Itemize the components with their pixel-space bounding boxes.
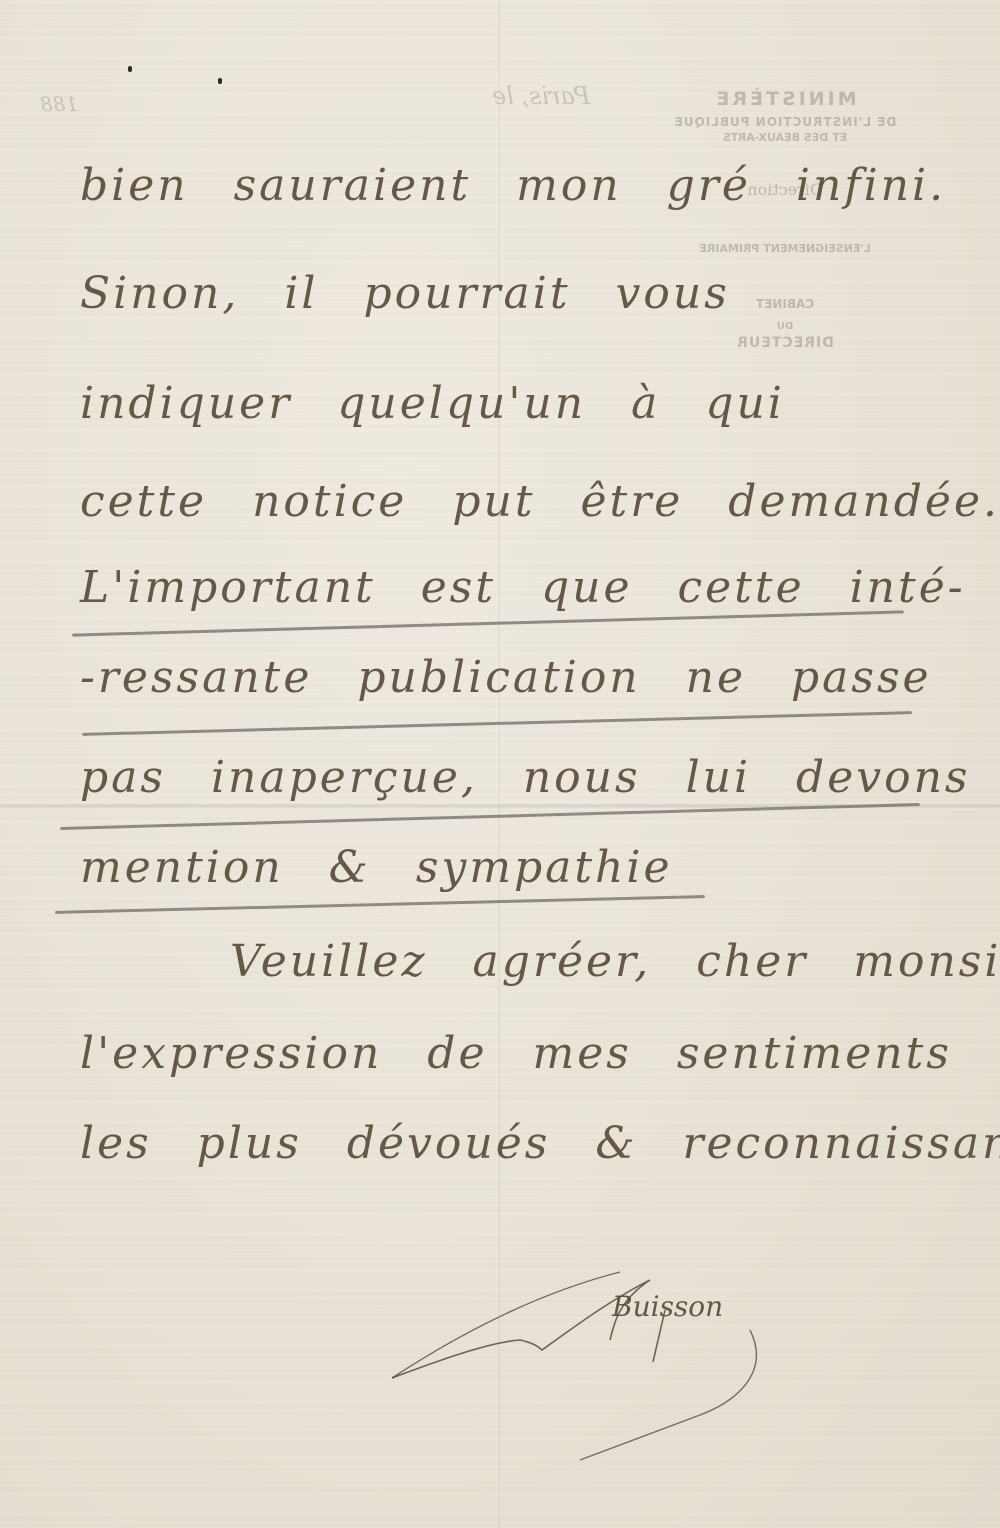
letterhead-department: DE L'INSTRUCTION PUBLIQUE [620, 115, 950, 129]
letterhead-subdepartment: ET DES BEAUX-ARTS [620, 131, 950, 144]
letter-line-underlined: L'important est que cette inté- [80, 562, 940, 613]
letter-line-closing: l'expression de mes sentiments [80, 1028, 940, 1079]
letter-line-underlined: -ressante publication ne passe [80, 652, 940, 703]
letter-line-closing: les plus dévoués & reconnaissants [80, 1118, 940, 1169]
letterhead-enseignement: L'ENSEIGNEMENT PRIMAIRE [620, 242, 950, 255]
dateline-place: Paris, le [492, 82, 590, 110]
letter-line-underlined: pas inaperçue, nous lui devons [80, 752, 940, 803]
letterhead-du: DU [620, 321, 950, 333]
letter-line-closing: Veuillez agréer, cher monsieur, [230, 936, 940, 987]
letterhead-ministry: MINISTÈRE [620, 88, 950, 111]
letter-line: Sinon, il pourrait vous [80, 268, 940, 319]
dateline-year-bleedthrough: 188 [40, 92, 78, 116]
letter-line-underlined: mention & sympathie [80, 842, 940, 893]
letter-line: indiquer quelqu'un à qui [80, 378, 940, 429]
ink-spot [128, 66, 132, 72]
letterhead-directeur: DIRECTEUR [620, 335, 950, 352]
ink-spot [218, 78, 222, 84]
signature-flourish [370, 1250, 810, 1490]
signature-name: Buisson [612, 1290, 723, 1323]
letter-line: bien sauraient mon gré infini. [80, 160, 940, 211]
letter-line: cette notice put être demandée. [80, 476, 940, 527]
